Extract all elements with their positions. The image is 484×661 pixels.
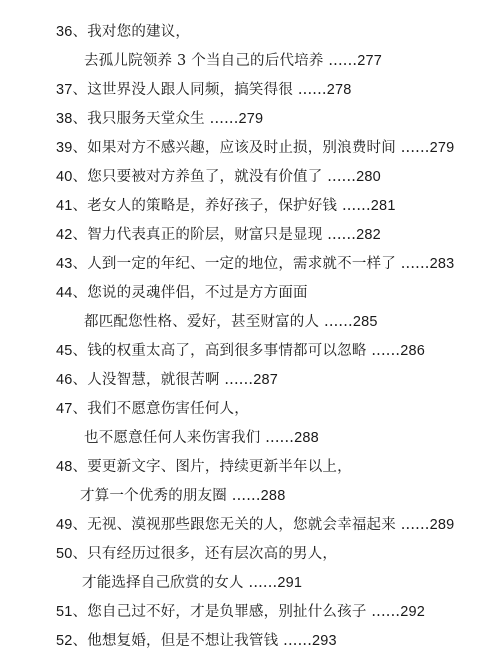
toc-entry-52[interactable]: 52、他想复婚，但是不想让我管钱 ......293 xyxy=(56,632,337,650)
entry-title: 这世界没人跟人同频，搞笑得很 ...... xyxy=(87,82,326,98)
page-number: 279 xyxy=(239,111,264,127)
page-number: 277 xyxy=(357,53,382,69)
page-number: 278 xyxy=(327,82,352,98)
toc-entry-50-cont[interactable]: 才能选择自己欣赏的女人 ......291 xyxy=(82,574,302,592)
page-number: 291 xyxy=(277,575,302,591)
entry-title: 如果对方不感兴趣，应该及时止损，别浪费时间 ...... xyxy=(87,140,429,156)
entry-number: 48、 xyxy=(56,459,87,475)
entry-title: 人到一定的年纪、一定的地位，需求就不一样了 ...... xyxy=(87,256,429,272)
entry-number: 44、 xyxy=(56,285,87,301)
entry-title: 智力代表真正的阶层，财富只是显现 ...... xyxy=(87,227,356,243)
entry-number: 39、 xyxy=(56,140,87,156)
toc-entry-51[interactable]: 51、您自己过不好，才是负罪感，别扯什么孩子 ......292 xyxy=(56,603,425,621)
entry-number: 51、 xyxy=(56,604,87,620)
entry-title: 无视、漠视那些跟您无关的人，您就会幸福起来 ...... xyxy=(87,517,429,533)
page-number: 281 xyxy=(371,198,396,214)
page-number: 293 xyxy=(312,633,337,649)
page-number: 292 xyxy=(400,604,425,620)
entry-title-cont: 去孤儿院领养 3 个当自己的后代培养 ...... xyxy=(84,53,357,69)
toc-entry-38[interactable]: 38、我只服务天堂众生 ......279 xyxy=(56,110,263,128)
toc-entry-44[interactable]: 44、您说的灵魂伴侣，不过是方方面面 xyxy=(56,284,308,302)
page-number: 285 xyxy=(353,314,378,330)
entry-title: 只有经历过很多，还有层次高的男人， xyxy=(87,546,337,562)
entry-number: 37、 xyxy=(56,82,87,98)
entry-number: 49、 xyxy=(56,517,87,533)
toc-entry-36-cont[interactable]: 去孤儿院领养 3 个当自己的后代培养 ......277 xyxy=(84,52,382,70)
toc-entry-49[interactable]: 49、无视、漠视那些跟您无关的人，您就会幸福起来 ......289 xyxy=(56,516,454,534)
toc-entry-47[interactable]: 47、我们不愿意伤害任何人， xyxy=(56,400,249,418)
toc-entry-37[interactable]: 37、这世界没人跟人同频，搞笑得很 ......278 xyxy=(56,81,352,99)
entry-title: 您只要被对方养鱼了，就没有价值了 ...... xyxy=(87,169,356,185)
page-number: 286 xyxy=(400,343,425,359)
entry-title-cont: 才算一个优秀的朋友圈 ...... xyxy=(80,488,261,504)
entry-title: 我只服务天堂众生 ...... xyxy=(87,111,238,127)
toc-entry-46[interactable]: 46、人没智慧，就很苦啊 ......287 xyxy=(56,371,278,389)
entry-title: 人没智慧，就很苦啊 ...... xyxy=(87,372,253,388)
toc-entry-42[interactable]: 42、智力代表真正的阶层，财富只是显现 ......282 xyxy=(56,226,381,244)
entry-title: 我对您的建议， xyxy=(87,24,190,40)
entry-title: 他想复婚，但是不想让我管钱 ...... xyxy=(87,633,312,649)
entry-title: 我们不愿意伤害任何人， xyxy=(87,401,249,417)
page-number: 289 xyxy=(430,517,455,533)
toc-entry-45[interactable]: 45、钱的权重太高了，高到很多事情都可以忽略 ......286 xyxy=(56,342,425,360)
entry-number: 52、 xyxy=(56,633,87,649)
entry-number: 42、 xyxy=(56,227,87,243)
entry-title: 钱的权重太高了，高到很多事情都可以忽略 ...... xyxy=(87,343,400,359)
toc-entry-39[interactable]: 39、如果对方不感兴趣，应该及时止损，别浪费时间 ......279 xyxy=(56,139,454,157)
entry-number: 43、 xyxy=(56,256,87,272)
entry-number: 36、 xyxy=(56,24,87,40)
toc-entry-48[interactable]: 48、要更新文字、图片，持续更新半年以上， xyxy=(56,458,352,476)
page-number: 282 xyxy=(356,227,381,243)
entry-title: 您说的灵魂伴侣，不过是方方面面 xyxy=(87,285,308,301)
toc-entry-43[interactable]: 43、人到一定的年纪、一定的地位，需求就不一样了 ......283 xyxy=(56,255,454,273)
entry-number: 50、 xyxy=(56,546,87,562)
page-number: 283 xyxy=(430,256,455,272)
entry-number: 41、 xyxy=(56,198,87,214)
entry-number: 47、 xyxy=(56,401,87,417)
entry-number: 46、 xyxy=(56,372,87,388)
toc-entry-40[interactable]: 40、您只要被对方养鱼了，就没有价值了 ......280 xyxy=(56,168,381,186)
toc-entry-48-cont[interactable]: 才算一个优秀的朋友圈 ......288 xyxy=(80,487,285,505)
page-number: 288 xyxy=(294,430,319,446)
toc-entry-44-cont[interactable]: 都匹配您性格、爱好，甚至财富的人 ......285 xyxy=(84,313,378,331)
entry-title: 您自己过不好，才是负罪感，别扯什么孩子 ...... xyxy=(87,604,400,620)
entry-number: 38、 xyxy=(56,111,87,127)
toc-entry-41[interactable]: 41、老女人的策略是，养好孩子，保护好钱 ......281 xyxy=(56,197,396,215)
entry-number: 40、 xyxy=(56,169,87,185)
entry-title-cont: 都匹配您性格、爱好，甚至财富的人 ...... xyxy=(84,314,353,330)
entry-title: 要更新文字、图片，持续更新半年以上， xyxy=(87,459,352,475)
entry-title: 老女人的策略是，养好孩子，保护好钱 ...... xyxy=(87,198,371,214)
toc-entry-47-cont[interactable]: 也不愿意任何人来伤害我们 ......288 xyxy=(84,429,319,447)
entry-title-cont: 才能选择自己欣赏的女人 ...... xyxy=(82,575,277,591)
page-number: 287 xyxy=(253,372,278,388)
page-number: 280 xyxy=(356,169,381,185)
page-number: 288 xyxy=(261,488,286,504)
toc-entry-50[interactable]: 50、只有经历过很多，还有层次高的男人， xyxy=(56,545,337,563)
page-number: 279 xyxy=(430,140,455,156)
toc-entry-36[interactable]: 36、我对您的建议， xyxy=(56,23,190,41)
entry-number: 45、 xyxy=(56,343,87,359)
entry-title-cont: 也不愿意任何人来伤害我们 ...... xyxy=(84,430,294,446)
